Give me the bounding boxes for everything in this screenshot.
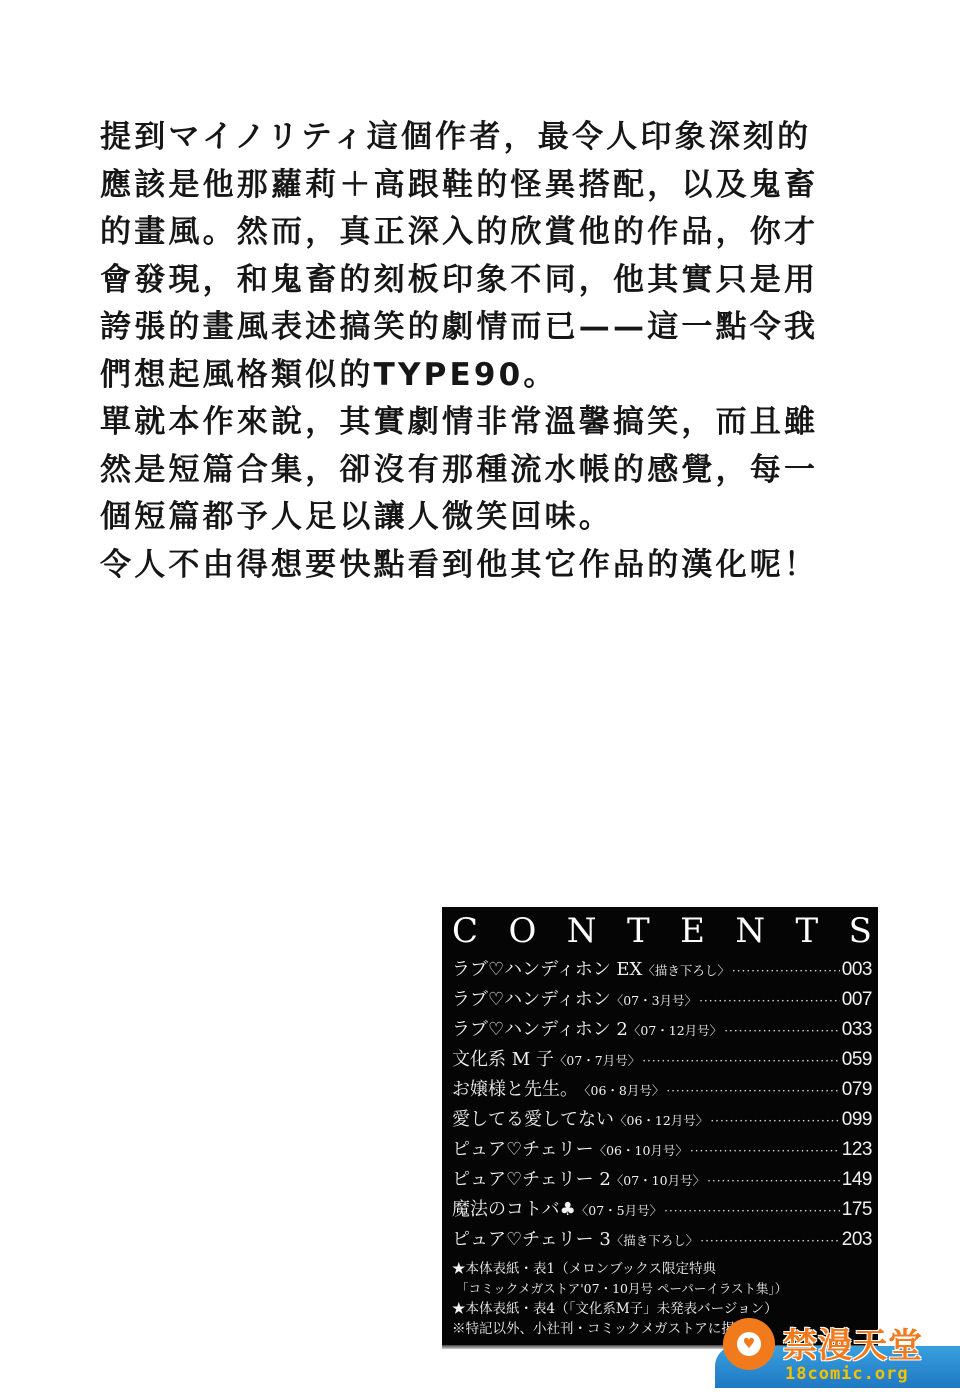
toc-entry: ラブ♡ハンディホン 2 〈07・12月号〉 033 [452, 1015, 872, 1045]
intro-line: 誇張的畫風表述搞笑的劇情而已——這一點令我 [100, 304, 860, 352]
toc-entry: ピュア♡チェリー 〈06・10月号〉 123 [452, 1135, 872, 1165]
mascot-icon: ♥ [723, 1318, 775, 1370]
toc-leader-dots [710, 1106, 839, 1136]
contents-title-letter: E [680, 909, 705, 955]
intro-line: 令人不由得想要快點看到他其它作品的漢化呢！ [100, 542, 860, 590]
intro-line: 單就本作來說，其實劇情非常溫馨搞笑，而且雖 [100, 399, 860, 447]
toc-leader-dots [732, 956, 840, 986]
intro-line: 應該是他那蘿莉＋高跟鞋的怪異搭配，以及鬼畜 [100, 162, 860, 210]
watermark-title: 禁漫天堂 [783, 1318, 923, 1367]
toc-entry: お嬢様と先生。 〈06・8月号〉 079 [452, 1075, 872, 1105]
toc-entry-note: 〈07・7月号〉 [554, 1046, 640, 1076]
toc-entry-note: 〈描き下ろし〉 [611, 1226, 699, 1256]
intro-line: 會發現，和鬼畜的刻板印象不同，他其實只是用 [100, 257, 860, 305]
toc-entry-title: ピュア♡チェリー 2 [452, 1165, 611, 1195]
contents-title-letter: T [627, 909, 650, 955]
note-line: ★本体表紙・表4（「文化系M子」未発表バージョン） [452, 1299, 872, 1319]
toc-leader-dots [666, 1076, 839, 1106]
toc-entry-page: 203 [842, 1225, 872, 1255]
intro-text: 提到マイノリティ這個作者，最令人印象深刻的 應該是他那蘿莉＋高跟鞋的怪異搭配，以… [100, 114, 860, 589]
toc-entry-page: 007 [842, 985, 872, 1015]
toc-leader-dots [700, 1226, 840, 1256]
toc-entry-title: 愛してる愛してない [452, 1105, 614, 1135]
toc-leader-dots [699, 986, 840, 1016]
toc-entry: ラブ♡ハンディホン 〈07・3月号〉 007 [452, 985, 872, 1015]
toc-entry-page: 079 [842, 1075, 872, 1105]
contents-title: C O N T E N T S [452, 907, 872, 955]
contents-title-letter: T [796, 909, 819, 955]
toc-entry-note: 〈07・5月号〉 [576, 1196, 662, 1226]
contents-title-letter: N [567, 909, 597, 955]
toc-entry-title: ラブ♡ハンディホン 2 [452, 1015, 628, 1045]
contents-title-letter: O [508, 909, 536, 955]
intro-line: 個短篇都予人足以讓人微笑回味。 [100, 494, 860, 542]
toc-entry-note: 〈描き下ろし〉 [642, 956, 730, 986]
toc-entry: ピュア♡チェリー 3 〈描き下ろし〉 203 [452, 1225, 872, 1255]
toc-entry-note: 〈07・10月号〉 [611, 1166, 705, 1196]
toc-entry-note: 〈06・12月号〉 [614, 1106, 708, 1136]
toc-entry-title: お嬢様と先生。 [452, 1075, 578, 1105]
contents-title-letter: N [735, 909, 765, 955]
toc-entry: 魔法のコトバ♣ 〈07・5月号〉 175 [452, 1195, 872, 1225]
toc-entry-page: 149 [842, 1165, 872, 1195]
toc-entry-page: 003 [842, 955, 872, 985]
toc-entry-title: 魔法のコトバ♣ [452, 1195, 576, 1225]
toc-entry: 文化系 M 子 〈07・7月号〉 059 [452, 1045, 872, 1075]
toc-entry-note: 〈06・8月号〉 [578, 1076, 664, 1106]
watermark-url: 18comic.org [785, 1364, 909, 1384]
toc-entry-page: 059 [842, 1045, 872, 1075]
intro-line: 提到マイノリティ這個作者，最令人印象深刻的 [100, 114, 860, 162]
toc-entry: ピュア♡チェリー 2 〈07・10月号〉 149 [452, 1165, 872, 1195]
toc-entry: ラブ♡ハンディホン EX 〈描き下ろし〉 003 [452, 955, 872, 985]
watermark-logo: ♥ 禁漫天堂 18comic.org [715, 1318, 945, 1388]
toc-leader-dots [690, 1136, 840, 1166]
heart-icon: ♥ [737, 1332, 761, 1356]
intro-line: 的畫風。然而，真正深入的欣賞他的作品，你才 [100, 209, 860, 257]
toc-entry-title: ピュア♡チェリー 3 [452, 1225, 611, 1255]
toc-leader-dots [664, 1196, 840, 1226]
toc-leader-dots [724, 1016, 840, 1046]
intro-line: 們想起風格類似的TYPE90。 [100, 352, 860, 400]
toc-entry-page: 123 [842, 1135, 872, 1165]
toc-entry-title: ラブ♡ハンディホン EX [452, 955, 642, 985]
toc-entry-title: ラブ♡ハンディホン [452, 985, 611, 1015]
toc-entry-page: 175 [842, 1195, 872, 1225]
contents-title-letter: S [849, 909, 872, 955]
toc-entry-note: 〈07・3月号〉 [611, 986, 697, 1016]
toc-entry-title: ピュア♡チェリー [452, 1135, 594, 1165]
contents-box: C O N T E N T S ラブ♡ハンディホン EX 〈描き下ろし〉 003… [442, 907, 878, 1345]
toc-entry-title: 文化系 M 子 [452, 1045, 554, 1075]
toc-entry-note: 〈07・12月号〉 [628, 1016, 722, 1046]
toc-entry-page: 033 [842, 1015, 872, 1045]
toc-entry: 愛してる愛してない 〈06・12月号〉 099 [452, 1105, 872, 1135]
contents-title-letter: C [452, 909, 478, 955]
toc-entry-note: 〈06・10月号〉 [594, 1136, 688, 1166]
toc-leader-dots [707, 1166, 840, 1196]
toc-entry-page: 099 [842, 1105, 872, 1135]
note-line: ★本体表紙・表1（メロンブックス限定特典 [452, 1259, 872, 1279]
intro-line: 然是短篇合集，卻沒有那種流水帳的感覺，每一 [100, 447, 860, 495]
toc-leader-dots [642, 1046, 840, 1076]
note-line: 「コミックメガストア'07・10月号 ペーパーイラスト集」） [452, 1279, 872, 1299]
